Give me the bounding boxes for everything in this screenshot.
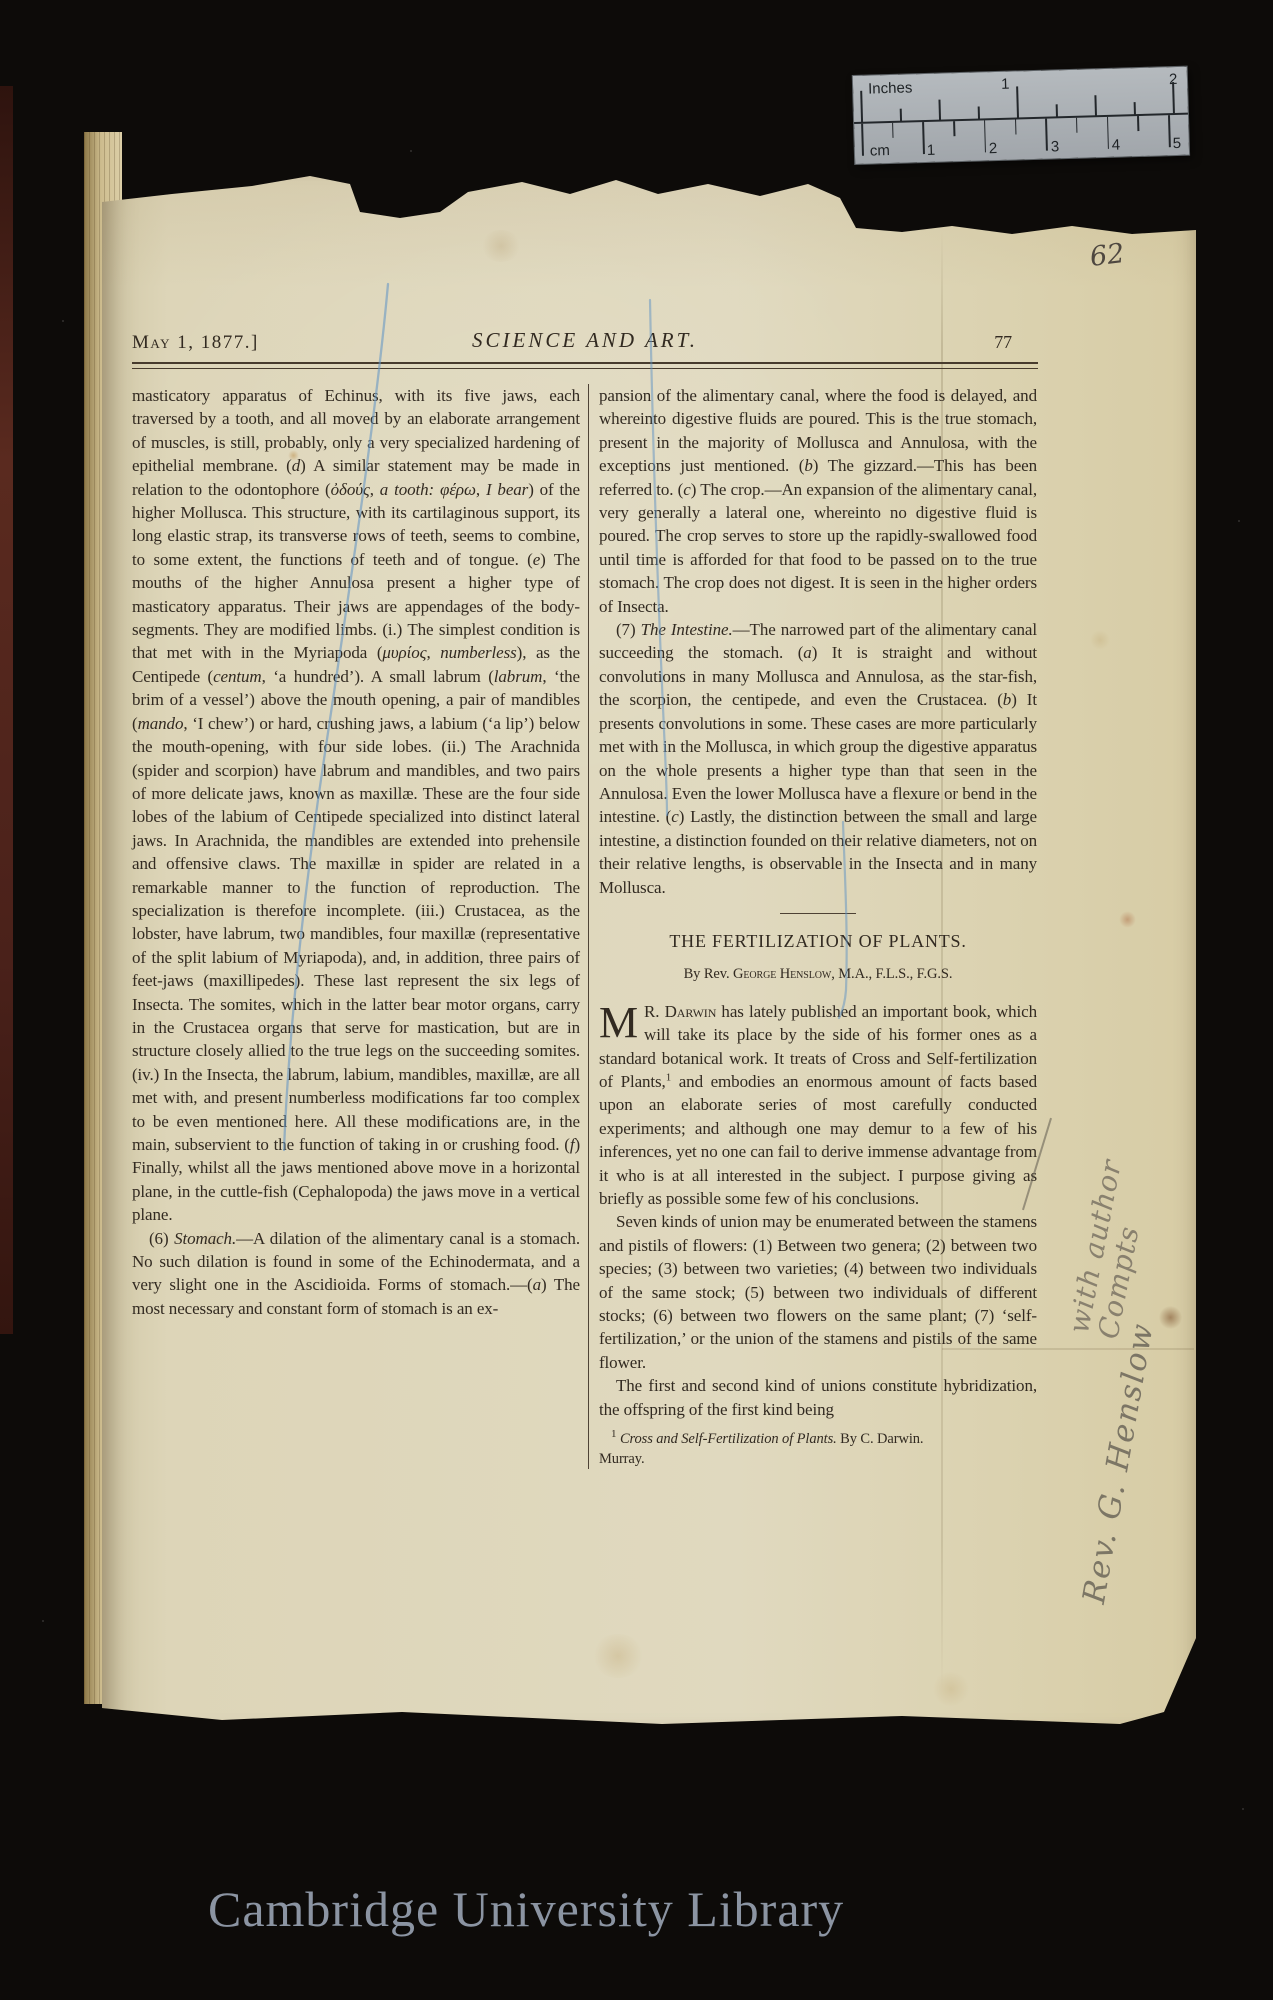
ruler-tick bbox=[953, 121, 955, 136]
text-run: Cross and Self-Fertilization of Plants. bbox=[620, 1431, 837, 1447]
dust-speck bbox=[1238, 520, 1240, 522]
text-run: By C. Darwin. bbox=[837, 1431, 924, 1447]
ruler-tick bbox=[861, 124, 863, 156]
dust-speck bbox=[1242, 1808, 1244, 1810]
scanned-page: May 1, 1877.] SCIENCE AND ART. 77 mastic… bbox=[102, 168, 1196, 1730]
ruler-tick bbox=[892, 123, 894, 138]
text-run: a bbox=[803, 643, 811, 662]
article-paragraph: MR. Darwin has lately published an impor… bbox=[599, 1000, 1037, 1211]
book-spine-edge bbox=[0, 86, 13, 1334]
ruler-cm-number: 4 bbox=[1112, 137, 1121, 154]
ruler-tick bbox=[1168, 115, 1170, 147]
article-paragraph: masticatory apparatus of Echinus, with i… bbox=[132, 384, 580, 1227]
dust-speck bbox=[410, 150, 412, 152]
ruler-tick bbox=[1015, 119, 1017, 134]
article-paragraph: (6) Stomach.—A dilation of the alimentar… bbox=[132, 1227, 580, 1321]
article-columns: masticatory apparatus of Echinus, with i… bbox=[132, 384, 1038, 1469]
text-run: Murray. bbox=[599, 1451, 644, 1467]
photo-background: May 1, 1877.] SCIENCE AND ART. 77 mastic… bbox=[0, 0, 1273, 2000]
left-column: masticatory apparatus of Echinus, with i… bbox=[132, 384, 588, 1469]
text-run: numberless bbox=[440, 643, 516, 662]
ruler-cm-number: 1 bbox=[927, 142, 936, 159]
ruler-cm-number: 3 bbox=[1051, 138, 1060, 155]
text-run: (7) bbox=[616, 620, 641, 639]
ruler-inch-number: 1 bbox=[1001, 76, 1010, 93]
page-number: 77 bbox=[994, 331, 1012, 354]
text-run: R. Darwin bbox=[644, 1002, 716, 1021]
text-run: ὀδούς bbox=[331, 480, 370, 499]
section-separator-rule bbox=[780, 913, 856, 914]
article-paragraph: Seven kinds of union may be enumerated b… bbox=[599, 1210, 1037, 1374]
dust-speck bbox=[62, 320, 64, 322]
text-run: b bbox=[1003, 690, 1011, 709]
right-column: pansion of the alimentary canal, where t… bbox=[588, 384, 1037, 1469]
text-run: Seven kinds of union may be enumerated b… bbox=[599, 1212, 1037, 1371]
text-run: c bbox=[683, 480, 690, 499]
footnote-line: Murray. bbox=[599, 1450, 1037, 1470]
ruler-cm-label: cm bbox=[870, 142, 890, 160]
ruler-tick bbox=[860, 91, 862, 123]
lead-paragraph-text: R. Darwin has lately published an import… bbox=[599, 1002, 1037, 1208]
text-run: φέρω bbox=[440, 480, 476, 499]
text-run: , bbox=[476, 480, 486, 499]
byline-suffix: , M.A., F.L.S., F.G.S. bbox=[831, 966, 952, 982]
text-run: c bbox=[671, 807, 678, 826]
text-run: (6) bbox=[149, 1229, 174, 1248]
ruler-cm-number: 5 bbox=[1173, 135, 1182, 152]
ruler-tick bbox=[1045, 119, 1047, 151]
footnote-line: 1 Cross and Self-Fertilization of Plants… bbox=[599, 1430, 1037, 1450]
printed-article: May 1, 1877.] SCIENCE AND ART. 77 mastic… bbox=[132, 328, 1038, 1469]
article-heading: THE FERTILIZATION OF PLANTS. bbox=[599, 930, 1037, 953]
journal-title: SCIENCE AND ART. bbox=[132, 329, 1038, 352]
ruler-tick bbox=[1137, 116, 1139, 131]
text-run: ) It presents convolutions in some. Thes… bbox=[599, 690, 1037, 826]
text-run: , bbox=[370, 480, 380, 499]
byline-author-name: George Henslow bbox=[733, 966, 831, 982]
article-paragraph: pansion of the alimentary canal, where t… bbox=[599, 384, 1037, 618]
text-run: mando bbox=[138, 714, 184, 733]
byline-prefix: By Rev. bbox=[684, 966, 733, 982]
text-run: labrum bbox=[494, 667, 543, 686]
text-run: I bear bbox=[486, 480, 528, 499]
text-run: a tooth: bbox=[380, 480, 434, 499]
dust-speck bbox=[42, 1620, 44, 1622]
text-run: The Intestine. bbox=[641, 620, 733, 639]
ruler-tick bbox=[1016, 86, 1018, 118]
paper-stain bbox=[932, 1672, 970, 1706]
ruler-tick bbox=[1076, 118, 1078, 133]
ruler-tick bbox=[1107, 117, 1109, 149]
ruler-tick bbox=[938, 100, 940, 121]
paper-stain bbox=[1159, 1306, 1182, 1329]
ruler-tick bbox=[1056, 104, 1058, 117]
ruler-cm-number: 2 bbox=[989, 140, 998, 157]
measurement-ruler: Inches cm 1 2 1 2 3 4 5 bbox=[853, 67, 1189, 164]
corner-annotation-number: 62 bbox=[1088, 238, 1126, 273]
article-byline: By Rev. George Henslow, M.A., F.L.S., F.… bbox=[599, 963, 1037, 986]
paper-stain bbox=[1090, 630, 1110, 650]
page-masthead: May 1, 1877.] SCIENCE AND ART. 77 bbox=[132, 328, 1038, 362]
library-watermark: Cambridge University Library bbox=[208, 1880, 844, 1938]
text-run: , ‘I chew’) or hard, crushing jaws, a la… bbox=[132, 714, 580, 1154]
ruler-tick bbox=[978, 106, 980, 119]
text-run: Stomach. bbox=[174, 1229, 236, 1248]
ruler-inches-label: Inches bbox=[868, 79, 913, 97]
masthead-double-rule bbox=[132, 362, 1038, 369]
paper-stain bbox=[480, 230, 522, 262]
text-run: μυρίος bbox=[382, 643, 426, 662]
text-run: centum bbox=[213, 667, 262, 686]
text-run: , bbox=[426, 643, 440, 662]
footnote: 1 Cross and Self-Fertilization of Plants… bbox=[599, 1430, 1037, 1469]
text-run: and embodies an enormous amount of facts… bbox=[599, 1072, 1037, 1208]
paper-stain bbox=[1119, 911, 1136, 928]
paper-stain bbox=[591, 1634, 645, 1678]
text-run: The first and second kind of unions cons… bbox=[599, 1376, 1037, 1418]
text-run: d bbox=[292, 456, 300, 475]
text-run: a bbox=[533, 1275, 541, 1294]
drop-cap: M bbox=[599, 1000, 644, 1043]
ruler-tick bbox=[1134, 102, 1136, 115]
text-run: b bbox=[804, 456, 812, 475]
ruler-tick bbox=[1094, 95, 1096, 116]
ruler-tick bbox=[900, 109, 902, 122]
ruler-tick bbox=[922, 122, 924, 154]
article-paragraph: The first and second kind of unions cons… bbox=[599, 1374, 1037, 1421]
text-run: ) The crop.—An expansion of the alimenta… bbox=[599, 480, 1037, 616]
text-run: , ‘a hundred’). A small labrum ( bbox=[262, 667, 494, 686]
article-paragraph: (7) The Intestine.—The narrowed part of … bbox=[599, 618, 1037, 899]
ruler-tick bbox=[984, 120, 986, 152]
